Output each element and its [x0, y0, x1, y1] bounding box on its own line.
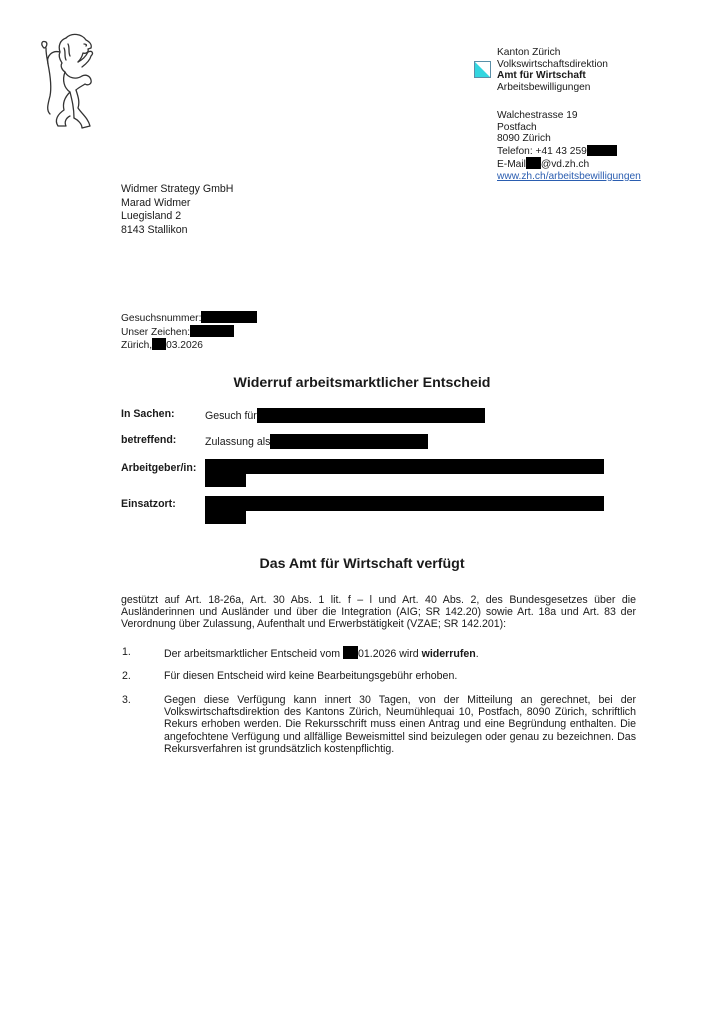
legal-basis: gestützt auf Art. 18-26a, Art. 30 Abs. 1…: [121, 594, 636, 631]
date-suffix: 03.2026: [166, 340, 203, 351]
item-1-text: Der arbeitsmarktlicher Entscheid vom: [164, 648, 340, 660]
redaction-bar: [257, 408, 485, 423]
recipient-name: Marad Widmer: [121, 197, 233, 211]
recipient-city: 8143 Stallikon: [121, 224, 233, 238]
in-matters-prefix: Gesuch für: [205, 410, 257, 422]
location-redaction: [205, 496, 604, 511]
zurich-canton-flag-icon: [474, 61, 491, 78]
reference-block: Gesuchsnummer: Unser Zeichen: Zürich,03.…: [121, 311, 257, 352]
in-matters-label: In Sachen:: [121, 408, 175, 420]
recipient-street: Luegisland 2: [121, 210, 233, 224]
recipient-company: Widmer Strategy GmbH: [121, 183, 233, 197]
contact-street: Walchestrasse 19: [497, 110, 641, 122]
sender-block: Kanton Zürich Volkswirtschaftsdirektion …: [497, 47, 608, 93]
contact-po-box: Postfach: [497, 122, 641, 134]
our-reference-label: Unser Zeichen:: [121, 327, 190, 338]
item-1-end: .: [476, 648, 479, 660]
regarding-value: Zulassung als: [205, 434, 428, 449]
recipient-address: Widmer Strategy GmbH Marad Widmer Luegis…: [121, 183, 233, 237]
ruling-item-1: Der arbeitsmarktlicher Entscheid vom 01.…: [164, 646, 636, 660]
ruling-heading: Das Amt für Wirtschaft verfügt: [0, 556, 724, 572]
redaction-bar: [152, 338, 166, 350]
redaction-bar: [587, 145, 617, 156]
redaction-bar: [270, 434, 428, 449]
sender-directorate: Volkswirtschaftsdirektion: [497, 59, 608, 71]
zurich-lion-crest-icon: [36, 30, 102, 140]
item-number: 2.: [122, 670, 131, 682]
regarding-label: betreffend:: [121, 434, 176, 446]
email-label: E-Mail: [497, 159, 526, 170]
item-1-date: 01.2026 wird: [358, 648, 419, 660]
item-number: 3.: [122, 694, 131, 706]
item-1-bold: widerrufen: [422, 648, 476, 660]
regarding-prefix: Zulassung als: [205, 436, 270, 448]
website-link[interactable]: www.zh.ch/arbeitsbewilligungen: [497, 171, 641, 182]
redaction-bar: [201, 311, 257, 323]
application-number-label: Gesuchsnummer:: [121, 313, 201, 324]
sender-canton: Kanton Zürich: [497, 47, 608, 59]
sender-department: Arbeitsbewilligungen: [497, 82, 608, 94]
sender-office: Amt für Wirtschaft: [497, 70, 608, 82]
ruling-item-2: Für diesen Entscheid wird keine Bearbeit…: [164, 670, 636, 682]
document-title: Widerruf arbeitsmarktlicher Entscheid: [0, 375, 724, 391]
item-number: 1.: [122, 646, 131, 658]
email-domain: @vd.zh.ch: [541, 159, 589, 170]
place-date: Zürich,03.2026: [121, 338, 257, 352]
employer-label: Arbeitgeber/in:: [121, 462, 196, 474]
location-redaction-line2: [205, 511, 246, 524]
contact-phone: Telefon: +41 43 259: [497, 145, 641, 158]
employer-redaction-line2: [205, 474, 246, 487]
application-number: Gesuchsnummer:: [121, 311, 257, 325]
location-label: Einsatzort:: [121, 498, 176, 510]
our-reference: Unser Zeichen:: [121, 325, 257, 339]
redaction-bar: [343, 646, 358, 659]
place-label: Zürich,: [121, 340, 152, 351]
redaction-bar: [526, 157, 541, 169]
contact-block: Walchestrasse 19 Postfach 8090 Zürich Te…: [497, 110, 641, 182]
contact-email: E-Mail@vd.zh.ch: [497, 157, 641, 171]
ruling-item-3: Gegen diese Verfügung kann innert 30 Tag…: [164, 694, 636, 755]
employer-redaction: [205, 459, 604, 474]
contact-city: 8090 Zürich: [497, 133, 641, 145]
redaction-bar: [190, 325, 234, 337]
in-matters-value: Gesuch für: [205, 408, 485, 423]
phone-label: Telefon: +41 43 259: [497, 146, 587, 157]
